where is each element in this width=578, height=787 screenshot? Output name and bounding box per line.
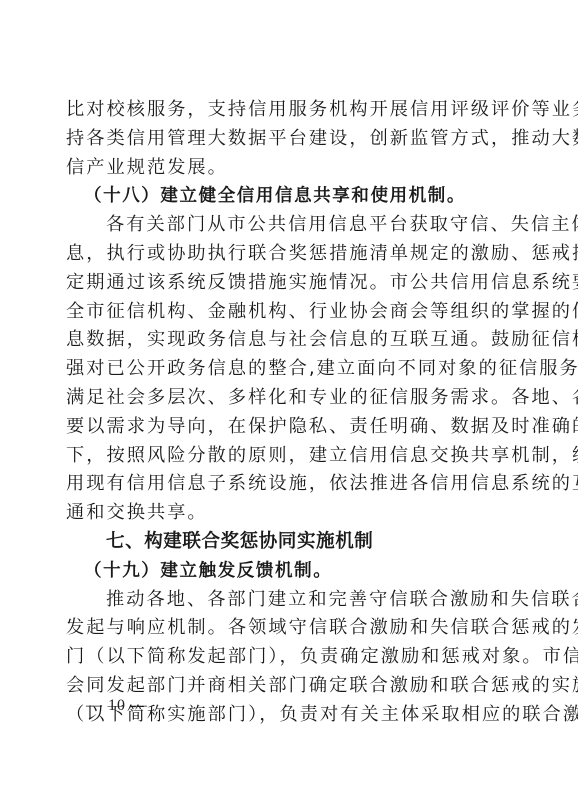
paragraph-line: 满足社会多层次、多样化和专业的征信服务需求。各地、各部门 — [66, 384, 516, 413]
document-page: 比对校核服务，支持信用服务机构开展信用评级评价等业务；支 持各类信用管理大数据平… — [0, 0, 578, 787]
paragraph-line: 通和交换共享。 — [66, 499, 516, 528]
paragraph-line: 要以需求为导向，在保护隐私、责任明确、数据及时准确的前提 — [66, 413, 516, 442]
paragraph-line: 全市征信机构、金融机构、行业协会商会等组织的掌握的信用信 — [66, 298, 516, 327]
paragraph-line: 推动各地、各部门建立和完善守信联合激励和失信联合惩戒 — [66, 586, 516, 615]
document-body: 比对校核服务，支持信用服务机构开展信用评级评价等业务；支 持各类信用管理大数据平… — [66, 96, 516, 730]
page-number: — 10 — — [86, 697, 148, 715]
paragraph-line: 信产业规范发展。 — [66, 154, 516, 183]
paragraph-line: 下，按照风险分散的原则，建立信用信息交换共享机制，统筹利 — [66, 442, 516, 471]
section-heading-7: 七、构建联合奖惩协同实施机制 — [66, 528, 516, 557]
paragraph-line: 持各类信用管理大数据平台建设，创新监管方式，推动大数据征 — [66, 125, 516, 154]
subsection-heading-18: （十八）建立健全信用信息共享和使用机制。 — [66, 182, 516, 211]
paragraph-line: 用现有信用信息子系统设施，依法推进各信用信息系统的互联互 — [66, 470, 516, 499]
paragraph-line: 强对已公开政务信息的整合,建立面向不同对象的征信服务产品， — [66, 355, 516, 384]
paragraph-line: 息，执行或协助执行联合奖惩措施清单规定的激励、惩戒措施， — [66, 240, 516, 269]
paragraph-line: 各有关部门从市公共信用信息平台获取守信、失信主体信 — [66, 211, 516, 240]
paragraph-line: 门（以下简称发起部门），负责确定激励和惩戒对象。市信用办 — [66, 643, 516, 672]
paragraph-line: 发起与响应机制。各领域守信联合激励和失信联合惩戒的发起部 — [66, 614, 516, 643]
paragraph-line: 比对校核服务，支持信用服务机构开展信用评级评价等业务；支 — [66, 96, 516, 125]
subsection-heading-19: （十九）建立触发反馈机制。 — [66, 557, 516, 586]
paragraph-line: 息数据，实现政务信息与社会信息的互联互通。鼓励征信机构加 — [66, 326, 516, 355]
paragraph-line: 定期通过该系统反馈措施实施情况。市公共信用信息系统要纳入 — [66, 269, 516, 298]
